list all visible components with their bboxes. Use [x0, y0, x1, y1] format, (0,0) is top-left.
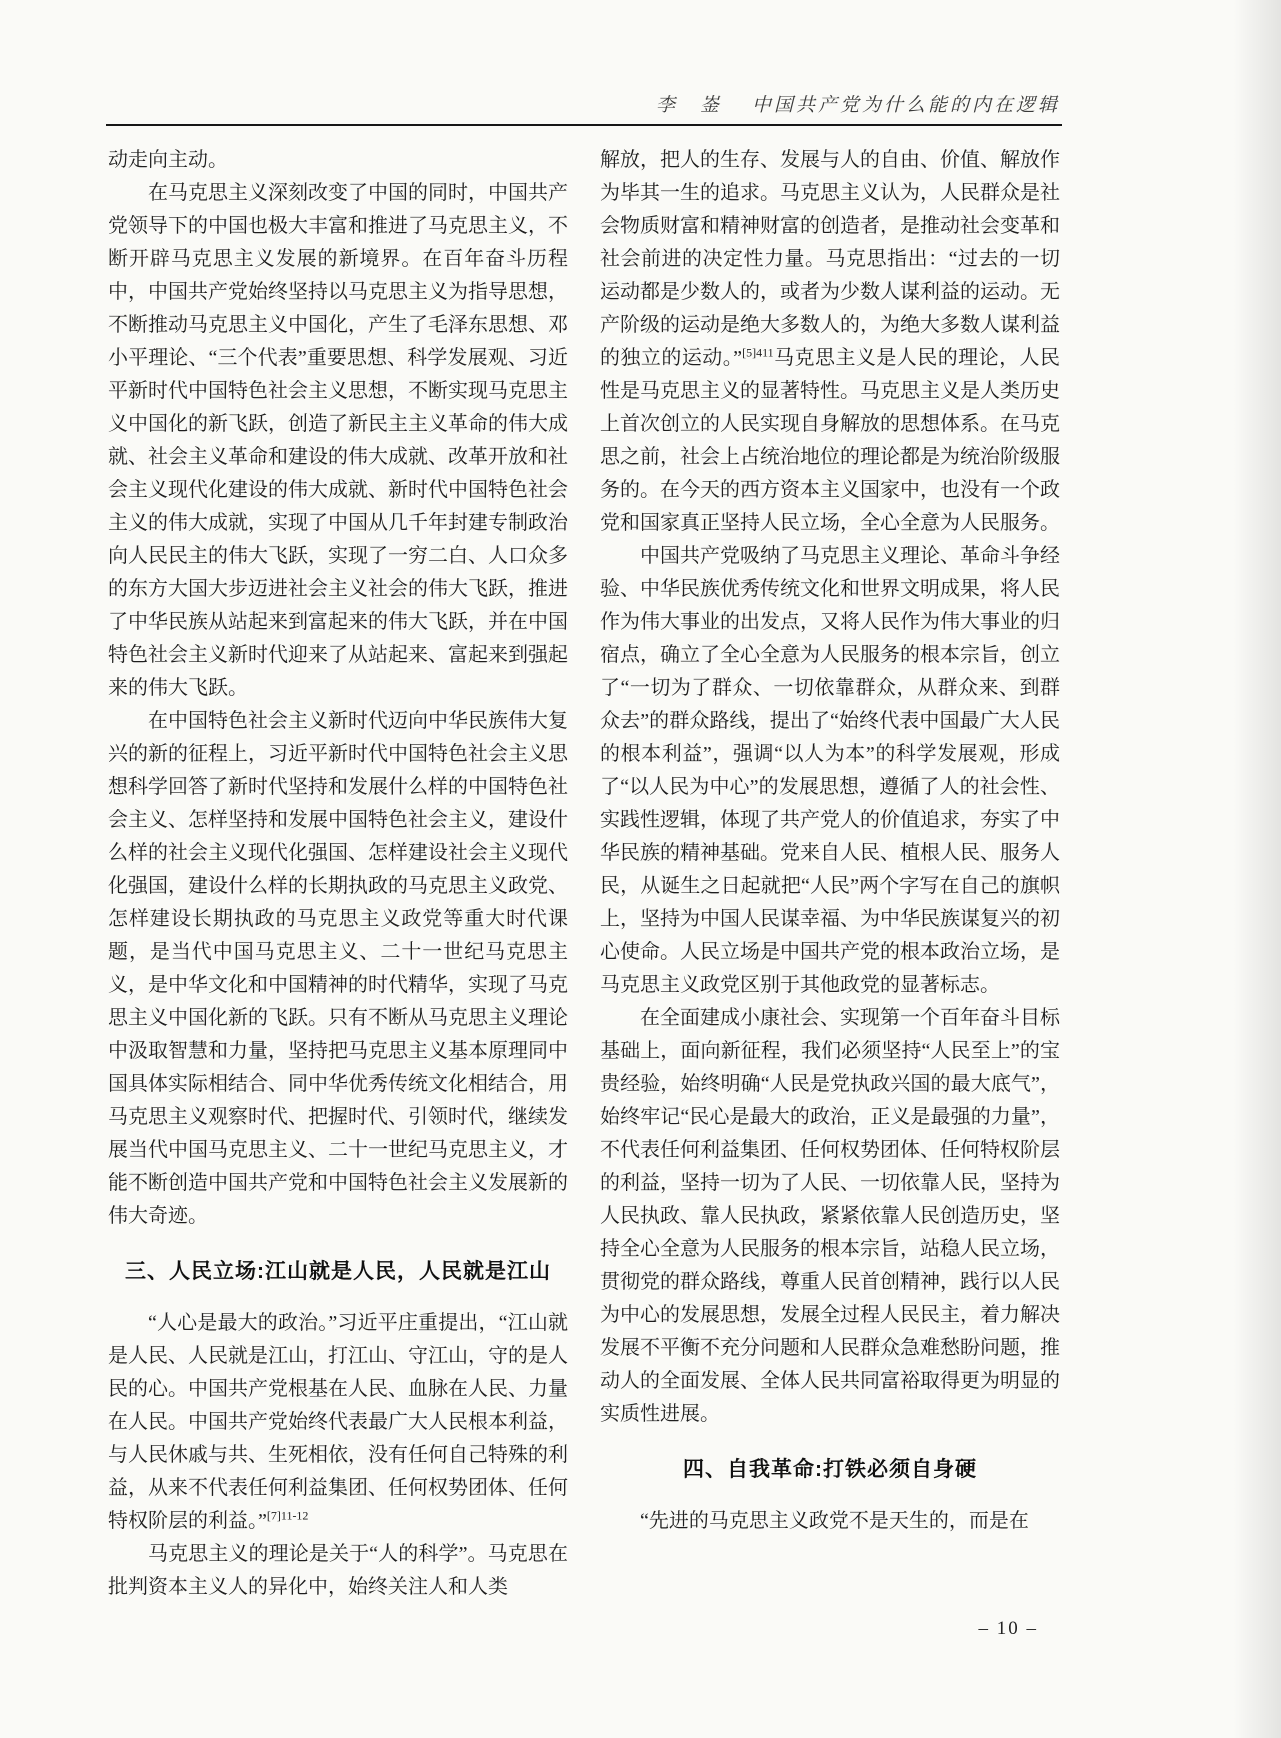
- scan-edge-shadow: [1233, 0, 1281, 1738]
- running-head-title: 中国共产党为什么能的内在逻辑: [752, 95, 1060, 116]
- body-paragraph: 马克思主义的理论是关于“人的科学”。马克思在批判资本主义人的异化中，始终关注人和…: [108, 1538, 568, 1604]
- body-paragraph: 在马克思主义深刻改变了中国的同时，中国共产党领导下的中国也极大丰富和推进了马克思…: [108, 177, 568, 705]
- body-paragraph: “人心是最大的政治。”习近平庄重提出，“江山就是人民、人民就是江山，打江山、守江…: [108, 1307, 568, 1538]
- paragraph-text: 解放，把人的生存、发展与人的自由、价值、解放作为毕其一生的追求。马克思主义认为，…: [600, 149, 1060, 369]
- body-paragraph: “先进的马克思主义政党不是天生的，而是在: [600, 1505, 1060, 1538]
- running-head: 李 崟中国共产党为什么能的内在逻辑: [108, 90, 1060, 117]
- body-paragraph: 在中国特色社会主义新时代迈向中华民族伟大复兴的新的征程上，习近平新时代中国特色社…: [108, 705, 568, 1233]
- body-paragraph: 动走向主动。: [108, 144, 568, 177]
- header-rule: [106, 124, 1062, 126]
- running-head-author: 李 崟: [656, 95, 722, 116]
- section-heading-people-stance: 三、人民立场:江山就是人民，人民就是江山: [108, 1257, 568, 1287]
- section-heading-self-revolution: 四、自我革命:打铁必须自身硬: [600, 1455, 1060, 1485]
- left-column: 动走向主动。 在马克思主义深刻改变了中国的同时，中国共产党领导下的中国也极大丰富…: [108, 144, 568, 1604]
- body-paragraph: 在全面建成小康社会、实现第一个百年奋斗目标基础上，面向新征程，我们必须坚持“人民…: [600, 1002, 1060, 1431]
- citation-ref: [5]411: [742, 345, 774, 359]
- journal-page: 李 崟中国共产党为什么能的内在逻辑 动走向主动。 在马克思主义深刻改变了中国的同…: [0, 0, 1281, 1738]
- right-column: 解放，把人的生存、发展与人的自由、价值、解放作为毕其一生的追求。马克思主义认为，…: [600, 144, 1060, 1604]
- paragraph-text: “人心是最大的政治。”习近平庄重提出，“江山就是人民、人民就是江山，打江山、守江…: [108, 1312, 568, 1532]
- paragraph-text: 马克思主义是人民的理论，人民性是马克思主义的显著特性。马克思主义是人类历史上首次…: [600, 347, 1060, 534]
- body-paragraph: 解放，把人的生存、发展与人的自由、价值、解放作为毕其一生的追求。马克思主义认为，…: [600, 144, 1060, 540]
- page-number: – 10 –: [108, 1618, 1060, 1640]
- citation-ref: [7]11-12: [267, 1508, 309, 1522]
- two-column-body: 动走向主动。 在马克思主义深刻改变了中国的同时，中国共产党领导下的中国也极大丰富…: [108, 144, 1060, 1604]
- body-paragraph: 中国共产党吸纳了马克思主义理论、革命斗争经验、中华民族优秀传统文化和世界文明成果…: [600, 540, 1060, 1002]
